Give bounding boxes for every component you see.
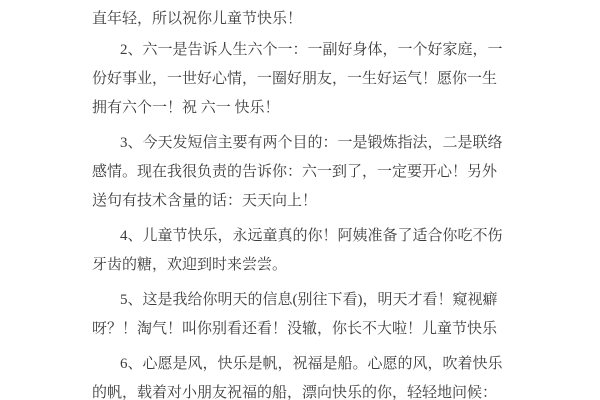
text-line: 牙齿的糖，欢迎到时来尝尝。 <box>92 251 504 280</box>
text-line-paragraph-3-start: 3、今天发短信主要有两个目的：一是锻炼指法，二是联络 <box>92 129 504 158</box>
text-line-paragraph-5-start: 5、这是我给你明天的信息(别往下看)，明天才看！窥视癖 <box>92 286 504 315</box>
text-line: 感情。现在我很负责的告诉你：六一到了，一定要开心！另外 <box>92 158 504 187</box>
text-line: 份好事业，一世好心情，一圈好朋友，一生好运气！愿你一生 <box>92 65 504 94</box>
text-line: 拥有六个一！祝 六一 快乐！ <box>92 94 504 123</box>
text-line-paragraph-6-start: 6、心愿是风，快乐是帆，祝福是船。心愿的风，吹着快乐 <box>92 350 504 379</box>
text-line: 直年轻，所以祝你儿童节快乐！ <box>92 5 504 34</box>
text-line: 的帆，载着对小朋友祝福的船，漂向快乐的你，轻轻地问候： <box>92 379 504 400</box>
text-line-paragraph-4-start: 4、儿童节快乐，永远童真的你！阿姨准备了适合你吃不伤 <box>92 222 504 251</box>
text-line: 送句有技术含量的话：天天向上！ <box>92 187 504 216</box>
text-line-paragraph-2-start: 2、六一是告诉人生六个一：一副好身体，一个好家庭，一 <box>92 36 504 65</box>
document-page: 直年轻，所以祝你儿童节快乐！ 2、六一是告诉人生六个一：一副好身体，一个好家庭，… <box>0 0 600 400</box>
text-line: 呀？！淘气！叫你别看还看！没辙，你长不大啦！儿童节快乐 <box>92 315 504 344</box>
article-text-block: 直年轻，所以祝你儿童节快乐！ 2、六一是告诉人生六个一：一副好身体，一个好家庭，… <box>92 5 504 400</box>
